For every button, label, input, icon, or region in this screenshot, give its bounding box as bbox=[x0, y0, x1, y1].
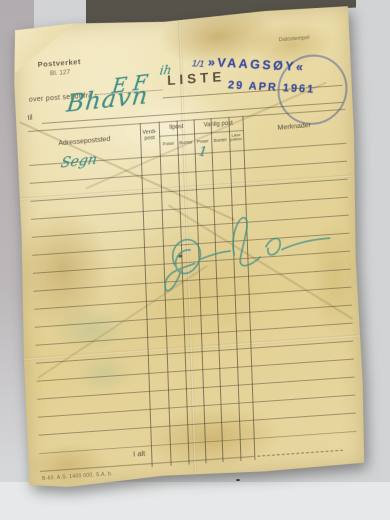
dust-speck bbox=[236, 479, 240, 481]
to-label: til bbox=[27, 115, 32, 122]
column-header-merknader: Merknader bbox=[243, 119, 346, 135]
from-handwriting-note: ih bbox=[159, 63, 173, 78]
paper-wrapper: Postverket Bl. 127 LISTE Datostempel 1/1… bbox=[12, 4, 365, 490]
subheader-vanlig-lose-pakker: Løse pakker bbox=[229, 133, 243, 142]
issuer-text: Postverket bbox=[37, 57, 81, 69]
paper-sheet: Postverket Bl. 127 LISTE Datostempel 1/1… bbox=[12, 4, 365, 490]
postmark-annotation: 1/1 bbox=[191, 58, 204, 69]
column-header-verdipost-line2: post bbox=[144, 135, 155, 142]
photo-of-postal-form: Postverket Bl. 127 LISTE Datostempel 1/1… bbox=[0, 0, 390, 520]
total-label: I alt bbox=[97, 449, 145, 461]
form-number: Bl. 127 bbox=[50, 69, 70, 77]
to-handwriting: Bhavn bbox=[65, 81, 150, 118]
subheader-ilpost-bunter: Bunter bbox=[177, 140, 194, 146]
signature-scribble bbox=[159, 202, 338, 306]
column-header-adressepoststed: Adressepoststed bbox=[28, 133, 140, 150]
post-table: Adressepoststed Verdi- post Ilpost Vanli… bbox=[28, 109, 357, 475]
column-header-vanlig-post: Vanlig post bbox=[194, 120, 243, 130]
column-header-ilpost: Ilpost bbox=[159, 123, 194, 132]
table-bottom-dashed-line bbox=[257, 450, 343, 457]
subheader-vanlig-bunter: Bunter bbox=[211, 138, 229, 144]
subheader-ilpost-poser: Poser bbox=[159, 142, 177, 148]
datestamp-label: Datostempel bbox=[279, 35, 310, 43]
